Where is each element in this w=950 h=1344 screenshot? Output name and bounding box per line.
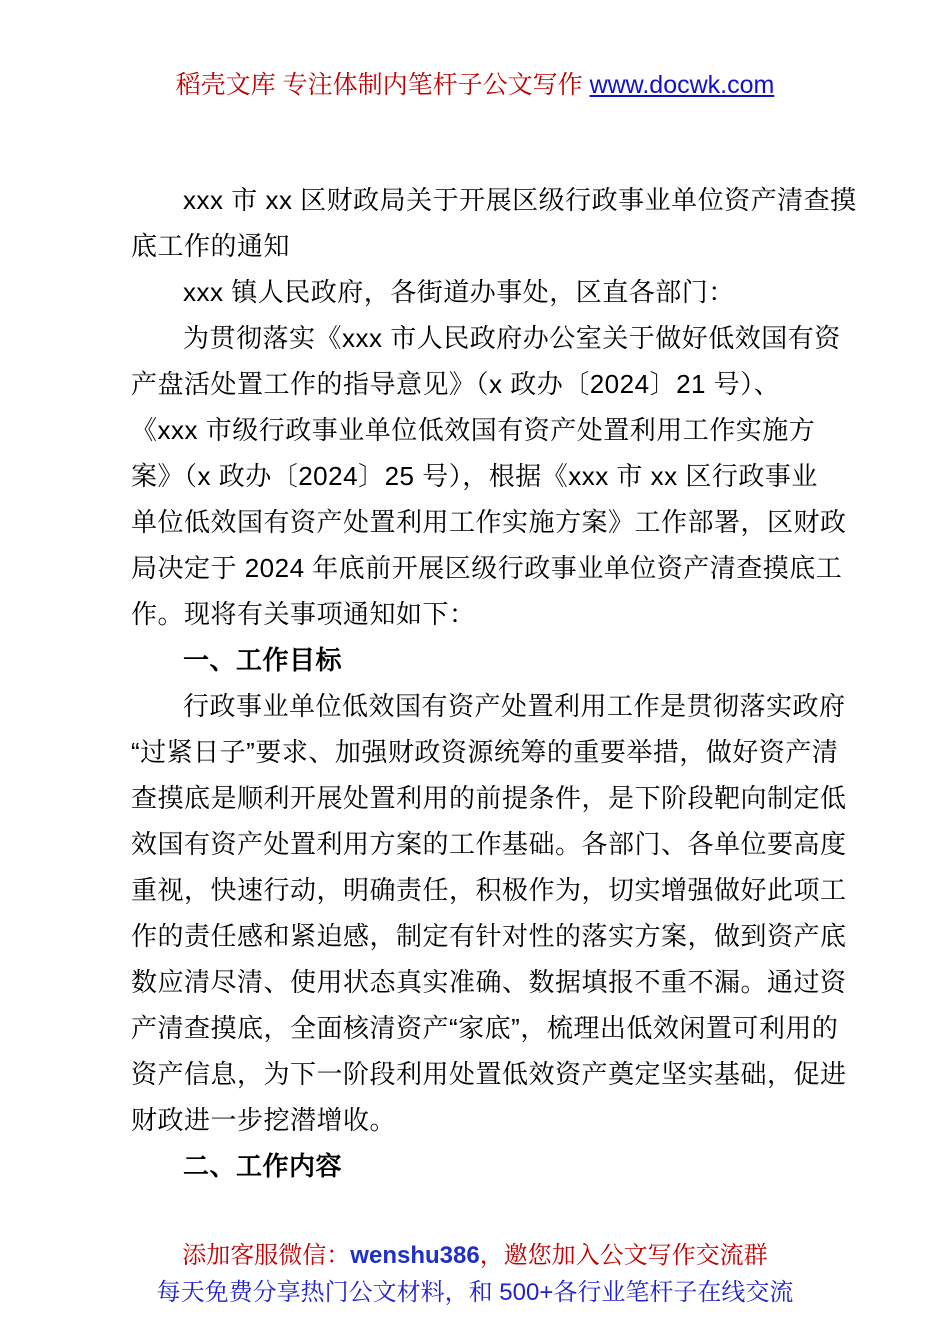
doc-line: 数应清尽清、使用状态真实准确、数据填报不重不漏。通过资 <box>131 959 841 1005</box>
doc-line: 资产信息，为下一阶段利用处置低效资产奠定坚实基础，促进 <box>131 1051 841 1097</box>
footer-line-1: 添加客服微信：wenshu386，邀您加入公文写作交流群 <box>0 1237 950 1274</box>
wechat-id: wenshu386 <box>350 1242 479 1269</box>
doc-line: 单位低效国有资产处置利用工作实施方案》工作部署，区财政 <box>131 499 841 545</box>
doc-line: 作的责任感和紧迫感，制定有针对性的落实方案，做到资产底 <box>131 913 841 959</box>
doc-line: 财政进一步挖潜增收。 <box>131 1097 841 1143</box>
doc-line: 为贯彻落实《xxx 市人民政府办公室关于做好低效国有资 <box>131 315 841 361</box>
section-heading: 一、工作目标 <box>131 637 841 683</box>
section-heading: 二、工作内容 <box>131 1143 841 1189</box>
promo-header: 稻壳文库 专注体制内笔杆子公文写作 www.docwk.com <box>0 68 950 102</box>
doc-line: 效国有资产处置利用方案的工作基础。各部门、各单位要高度 <box>131 821 841 867</box>
promo-footer: 添加客服微信：wenshu386，邀您加入公文写作交流群 每天免费分享热门公文材… <box>0 1237 950 1311</box>
doc-title-line: 底工作的通知 <box>131 223 841 269</box>
site-link[interactable]: www.docwk.com <box>590 71 775 99</box>
doc-salutation: xxx 镇人民政府，各街道办事处，区直各部门： <box>131 269 841 315</box>
brand-text: 稻壳文库 专注体制内笔杆子公文写作 <box>176 71 590 99</box>
doc-line: 局决定于 2024 年底前开展区级行政事业单位资产清查摸底工 <box>131 545 841 591</box>
doc-line: 《xxx 市级行政事业单位低效国有资产处置利用工作实施方 <box>131 407 841 453</box>
doc-line: “过紧日子”要求、加强财政资源统筹的重要举措，做好资产清 <box>131 729 841 775</box>
footer-contact-prefix: 添加客服微信： <box>182 1242 350 1269</box>
footer-line-2: 每天免费分享热门公文材料，和 500+各行业笔杆子在线交流 <box>0 1274 950 1311</box>
doc-line: 产清查摸底，全面核清资产“家底”，梳理出低效闲置可利用的 <box>131 1005 841 1051</box>
doc-line: 查摸底是顺利开展处置利用的前提条件，是下阶段靶向制定低 <box>131 775 841 821</box>
doc-title-line: xxx 市 xx 区财政局关于开展区级行政事业单位资产清查摸 <box>131 177 841 223</box>
doc-line: 作。现将有关事项通知如下： <box>131 591 841 637</box>
doc-line: 产盘活处置工作的指导意见》（x 政办〔2024〕21 号）、 <box>131 361 841 407</box>
document-page: 稻壳文库 专注体制内笔杆子公文写作 www.docwk.com xxx 市 xx… <box>0 0 950 1344</box>
doc-line: 案》（x 政办〔2024〕25 号），根据《xxx 市 xx 区行政事业 <box>131 453 841 499</box>
document-body: xxx 市 xx 区财政局关于开展区级行政事业单位资产清查摸 底工作的通知 xx… <box>131 177 841 1189</box>
doc-line: 行政事业单位低效国有资产处置利用工作是贯彻落实政府 <box>131 683 841 729</box>
footer-contact-suffix: ，邀您加入公文写作交流群 <box>480 1242 768 1269</box>
doc-line: 重视，快速行动，明确责任，积极作为，切实增强做好此项工 <box>131 867 841 913</box>
